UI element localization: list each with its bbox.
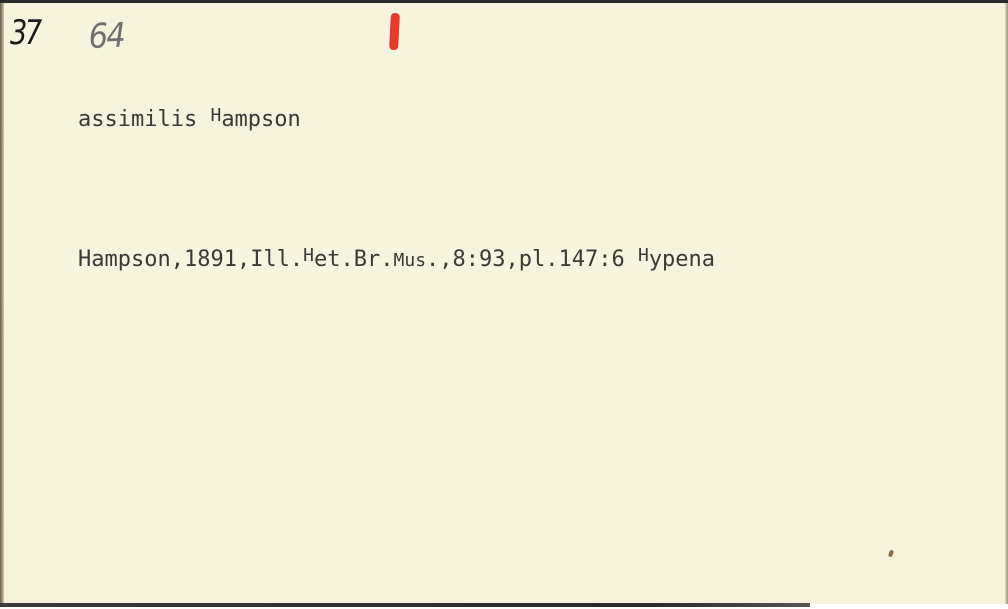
citation-journal-br: Br.	[354, 247, 394, 272]
handwritten-gray-number: 64	[88, 16, 125, 57]
citation-genus-rest: ypena	[649, 247, 715, 272]
citation-journal-ill: Ill.	[250, 247, 303, 272]
species-author: Hampson	[210, 107, 300, 132]
citation-line: Hampson,1891,Ill.Het.Br.Mus.,8:93,pl.147…	[78, 247, 715, 272]
citation-genus-initial: H	[638, 245, 649, 266]
screenshot-frame: 37 64 assimilis Hampson Hampson,1891,Ill…	[0, 0, 1008, 609]
citation-author-year: Hampson,1891,	[78, 247, 250, 272]
red-tab-mark	[389, 13, 400, 50]
ink-spot	[888, 550, 894, 558]
index-card: 37 64 assimilis Hampson Hampson,1891,Ill…	[0, 0, 1008, 604]
handwritten-card-number: 37	[10, 13, 40, 53]
citation-journal-mus: Mus	[394, 250, 427, 271]
citation-journal-het-rest: et.	[314, 247, 354, 272]
species-name-line: assimilis Hampson	[78, 107, 301, 132]
species-author-rest: ampson	[221, 107, 300, 132]
citation-journal-het-initial: H	[303, 245, 314, 266]
species-epithet: assimilis	[78, 107, 197, 132]
species-author-initial: H	[210, 105, 221, 126]
citation-volume-page-plate: .,8:93,pl.147:6	[426, 247, 625, 272]
card-bottom-shadow	[0, 603, 810, 607]
